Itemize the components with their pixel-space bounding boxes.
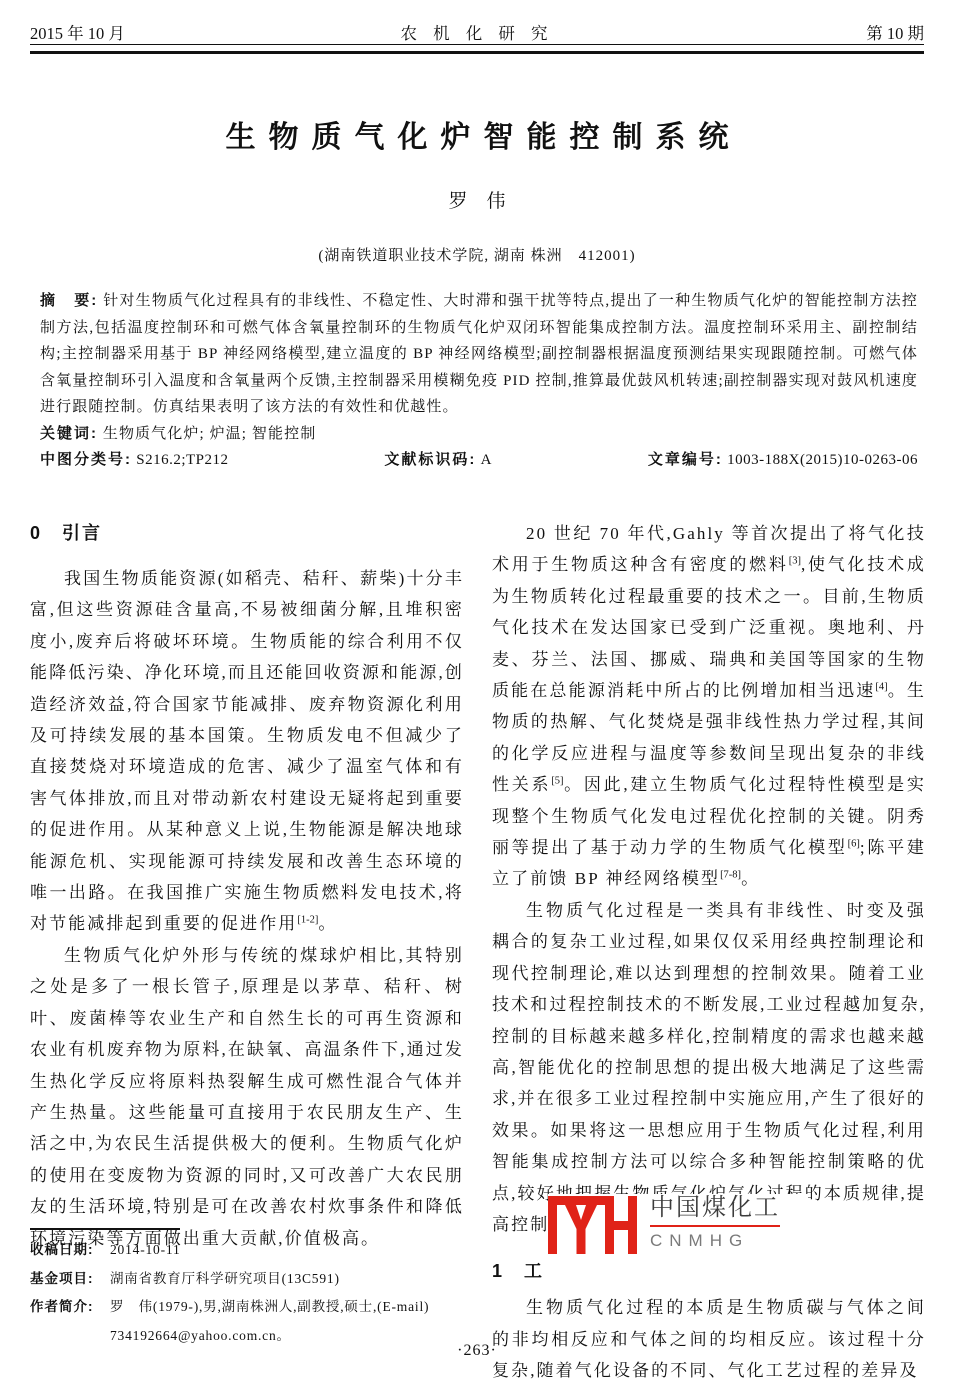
article-id-label: 文章编号: xyxy=(648,451,723,468)
paper-title: 生物质气化炉智能控制系统 xyxy=(0,112,954,156)
abstract-text: 针对生物质气化过程具有的非线性、不稳定性、大时滞和强干扰等特点,提出了一种生物质… xyxy=(40,293,918,415)
left-column: 0 引言 我国生物质能资源(如稻壳、秸秆、薪柴)十分丰富,但这些资源硅含量高,不… xyxy=(30,518,464,1254)
watermark-en-text: CNMHG xyxy=(650,1230,780,1252)
classification-line: 中图分类号: S216.2;TP212 文献标识码: A 文章编号: 1003-… xyxy=(40,447,918,474)
abstract-block: 摘 要: 针对生物质气化过程具有的非线性、不稳定性、大时滞和强干扰等特点,提出了… xyxy=(40,288,918,474)
keywords-line: 关键词: 生物质气化炉; 炉温; 智能控制 xyxy=(40,421,918,448)
received-date-value: 2014-10-11 xyxy=(110,1236,480,1265)
clc-item: 中图分类号: S216.2;TP212 xyxy=(40,447,229,474)
doc-code-label: 文献标识码: xyxy=(384,451,476,468)
running-head: 2015 年 10 月 农 机 化 研 究 第 10 期 xyxy=(30,20,924,44)
watermark-cn-text: 中国煤化工 xyxy=(650,1194,780,1227)
doc-code-value: A xyxy=(481,452,492,468)
author-name: 罗 伟 xyxy=(0,186,954,213)
intro-paragraph-1: 我国生物质能资源(如稻壳、秸秆、薪柴)十分丰富,但这些资源硅含量高,不易被细菌分… xyxy=(30,563,464,940)
clc-label: 中图分类号: xyxy=(40,451,132,468)
keywords-text: 生物质气化炉; 炉温; 智能控制 xyxy=(103,426,316,442)
page-number: ·263· xyxy=(0,1342,954,1360)
header-rule-thin xyxy=(30,44,924,45)
footnote-divider xyxy=(30,1228,180,1230)
header-rule-thick xyxy=(30,51,924,54)
author-bio-label: 作者简介: xyxy=(30,1293,110,1322)
motivation-paragraph: 生物质气化过程是一类具有非线性、时变及强耦合的复杂工业过程,如果仅仅采用经典控制… xyxy=(492,895,926,1240)
funding-row: 基金项目: 湖南省教育厅科学研究项目(13C591) xyxy=(30,1265,480,1294)
footnote-block: 收稿日期: 2014-10-11 基金项目: 湖南省教育厅科学研究项目(13C5… xyxy=(30,1228,480,1350)
journal-title: 农 机 化 研 究 xyxy=(30,20,924,44)
process-paragraph: 生物质气化过程的本质是生物质碳与气体之间的非均相反应和气体之间的均相反应。该过程… xyxy=(492,1292,926,1386)
funding-value: 湖南省教育厅科学研究项目(13C591) xyxy=(110,1265,480,1294)
issue-number: 第 10 期 xyxy=(866,20,924,44)
journal-page: 2015 年 10 月 农 机 化 研 究 第 10 期 生物质气化炉智能控制系… xyxy=(0,0,954,1387)
funding-label: 基金项目: xyxy=(30,1265,110,1294)
received-date-row: 收稿日期: 2014-10-11 xyxy=(30,1236,480,1265)
history-paragraph: 20 世纪 70 年代,Gahly 等首次提出了将气化技术用于生物质这种含有密度… xyxy=(492,518,926,895)
abstract-label: 摘 要: xyxy=(40,292,98,309)
section-heading-intro: 0 引言 xyxy=(30,518,464,548)
author-bio-row: 作者简介: 罗 伟(1979-),男,湖南株洲人,副教授,硕士,(E-mail) xyxy=(30,1293,480,1322)
watermark-text: 中国煤化工 CNMHG xyxy=(650,1194,780,1252)
abstract-paragraph: 摘 要: 针对生物质气化过程具有的非线性、不稳定性、大时滞和强干扰等特点,提出了… xyxy=(40,288,918,421)
watermark-logo: 中国煤化工 CNMHG xyxy=(548,1194,808,1264)
intro-paragraph-2: 生物质气化炉外形与传统的煤球炉相比,其特别之处是多了一根长管子,原理是以茅草、秸… xyxy=(30,940,464,1254)
keywords-label: 关键词: xyxy=(40,425,98,442)
article-id-item: 文章编号: 1003-188X(2015)10-0263-06 xyxy=(648,447,918,474)
article-id-value: 1003-188X(2015)10-0263-06 xyxy=(727,452,918,468)
cnmhg-monogram-icon xyxy=(548,1196,642,1256)
author-bio-value: 罗 伟(1979-),男,湖南株洲人,副教授,硕士,(E-mail) xyxy=(110,1293,480,1322)
affiliation: (湖南铁道职业技术学院, 湖南 株洲 412001) xyxy=(0,244,954,265)
clc-value: S216.2;TP212 xyxy=(136,452,228,468)
received-date-label: 收稿日期: xyxy=(30,1236,110,1265)
doc-code-item: 文献标识码: A xyxy=(384,447,492,474)
